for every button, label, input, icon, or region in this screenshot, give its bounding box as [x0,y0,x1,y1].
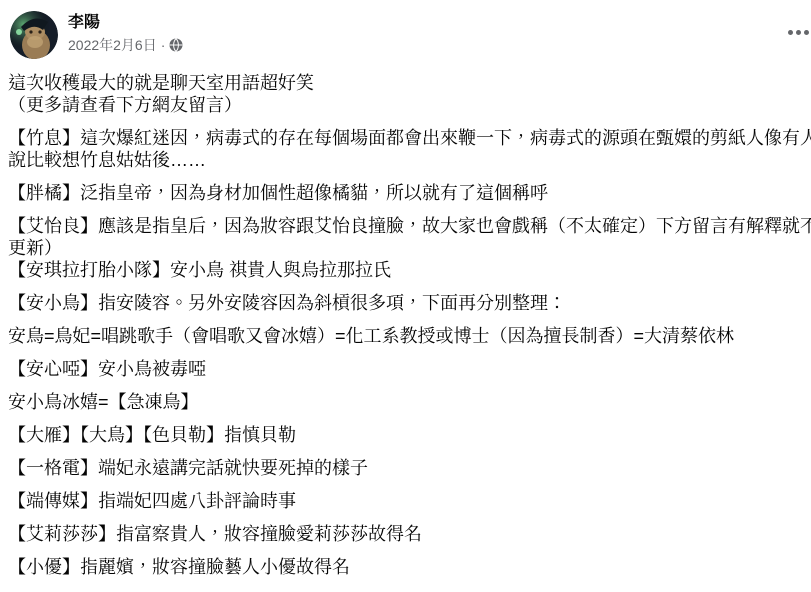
author-name[interactable]: 李陽 [68,13,183,33]
post-content: 這次收穫最大的就是聊天室用語超好笑 （更多請查看下方網友留言） 【竹息】這次爆紅… [0,59,811,578]
post-text-paragraph: 【胖橘】泛指皇帝，因為身材加個性超像橘貓，所以就有了這個稱呼 [8,182,811,204]
meta-separator: · [161,36,166,54]
post-meta: 2022年2月6日 · [68,36,183,54]
avatar-image [10,11,58,59]
post-text-paragraph: 【艾怡良】應該是指皇后，因為妝容跟艾怡良撞臉，故大家也會戲稱（不太確定）下方留言… [8,215,811,281]
post-text-paragraph: 【大雁】【大鳥】【色貝勒】指慎貝勒 [8,424,811,446]
post-text-paragraph: 【端傳媒】指端妃四處八卦評論時事 [8,490,811,512]
facebook-post-page: { "window": { "background": "#ffffff" },… [0,0,811,592]
avatar[interactable] [10,11,58,59]
ellipsis-icon [804,30,809,35]
ellipsis-icon [788,30,793,35]
post-date[interactable]: 2022年2月6日 [68,36,157,54]
ellipsis-icon [796,30,801,35]
post-menu-button[interactable] [784,26,811,39]
post-text-paragraph: 【小優】指麗嬪，妝容撞臉藝人小優故得名 [8,556,811,578]
post-header-info: 李陽 2022年2月6日 · [68,11,183,54]
post-text-paragraph: 【竹息】這次爆紅迷因，病毒式的存在每個場面都會出來鞭一下，病毒式的源頭在甄嬛的剪… [8,127,811,171]
globe-icon [169,38,183,52]
post-text-paragraph: 【安小鳥】指安陵容。另外安陵容因為斜槓很多項，下面再分別整理： [8,292,811,314]
post-text-paragraph: 安鳥=鳥妃=唱跳歌手（會唱歌又會冰嬉）=化工系教授或博士（因為擅長制香）=大清蔡… [8,325,811,347]
facebook-post: 李陽 2022年2月6日 · 這次收穫最大的就是聊天室用語超好笑 （更多請查看下… [0,0,811,578]
post-text-paragraph: 【一格電】端妃永遠講完話就快要死掉的樣子 [8,457,811,479]
post-header: 李陽 2022年2月6日 · [0,0,811,59]
post-text-paragraph: 【安心啞】安小鳥被毒啞 [8,358,811,380]
post-text-paragraph: 【艾莉莎莎】指富察貴人，妝容撞臉愛莉莎莎故得名 [8,523,811,545]
post-text-paragraph: 這次收穫最大的就是聊天室用語超好笑 （更多請查看下方網友留言） [8,72,811,116]
post-text-paragraph: 安小鳥冰嬉=【急凍鳥】 [8,391,811,413]
